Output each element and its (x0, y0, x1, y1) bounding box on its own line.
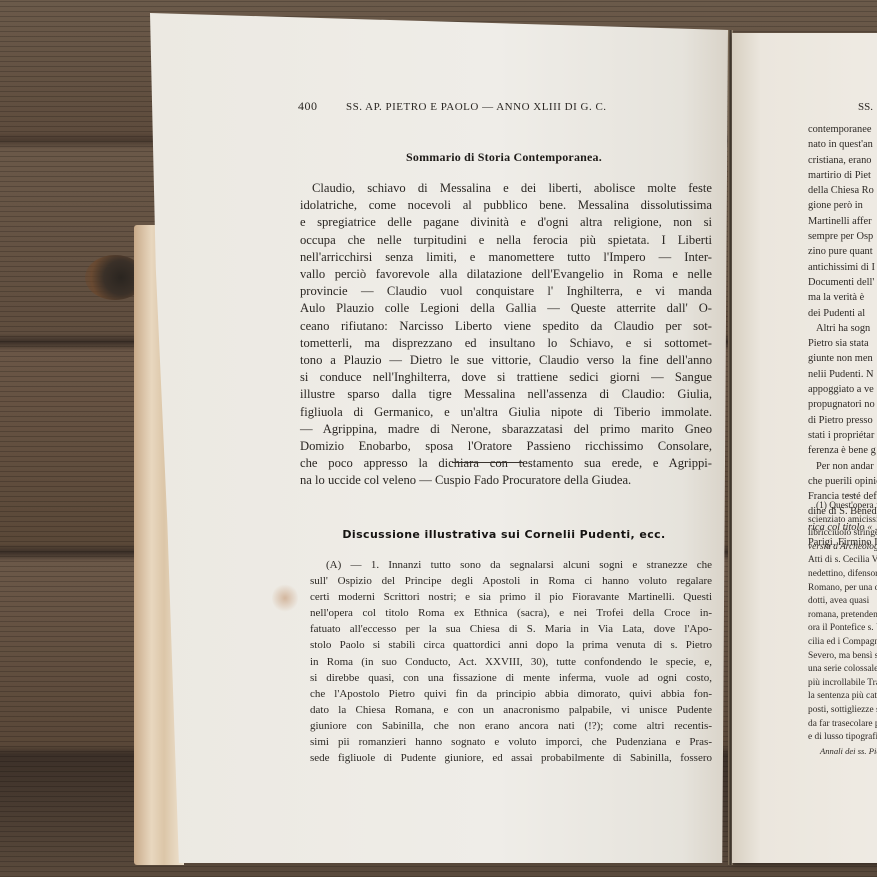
text-line: antichissimi di I (808, 260, 877, 275)
running-head: 400SS. AP. PIETRO E PAOLO — ANNO XLIII D… (298, 99, 718, 114)
footnote-line: posti, sottigliezze stra (808, 704, 877, 718)
page-number: 400 (298, 99, 346, 114)
text-line: zino pure quant (808, 244, 877, 259)
footnote-line: ora il Pontefice s. U (808, 622, 877, 636)
text-line: Domizio Enobarbo, sposa l'Oratore Passie… (300, 438, 712, 455)
footnote-line: e di lusso tipografico (808, 731, 877, 745)
text-line: propugnatori no (808, 397, 877, 412)
text-line: giuniore con Sabinilla, che non erano an… (310, 718, 712, 734)
text-line: Pietro sia stata (808, 336, 877, 351)
text-line: stati i propriétar (808, 428, 877, 443)
right-page-text: contemporanee nato in quest'an cristiana… (808, 122, 877, 550)
footnote-line: Annali dei ss. Pietr (808, 745, 877, 759)
section-title-sommario: Sommario di Storia Contemporanea. (298, 150, 710, 165)
footnote-line: scienziato amicissim (808, 514, 877, 528)
text-line: tometterli, ma disprezzano ed insultano … (300, 335, 712, 352)
footnote-line: libricciuolo stringen (808, 527, 877, 541)
text-line: ma la verità è (808, 290, 877, 305)
text-line: contemporanee (808, 122, 877, 137)
foxing-stain (272, 583, 298, 613)
summary-paragraph: Claudio, schiavo di Messalina e dei libe… (300, 180, 712, 490)
text-line: martirio di Piet (808, 168, 877, 183)
text-line: provincie — Claudio vuol conquistare l' … (300, 283, 712, 300)
text-line: Claudio, schiavo di Messalina e dei libe… (300, 180, 712, 197)
footnote-line: (1) Quest'opera fu (808, 500, 877, 514)
footnote-line: più incrollabile Tradi (808, 677, 877, 691)
text-line: dei Pudenti al (808, 306, 877, 321)
text-line: simi pii romanzieri hanno sognato e volu… (310, 734, 712, 750)
text-line: sede figliuole di Pudente giuniore, ed a… (310, 750, 712, 766)
text-line: giunte non men (808, 351, 877, 366)
text-line: si conduce nell'Inghilterra, dove si tra… (300, 369, 712, 386)
text-line: idolatriche, come nocevoli al pubblico b… (300, 197, 712, 214)
footnote-line: una serie colossale d (808, 663, 877, 677)
text-line: occupa che nelle turpitudini e nella fer… (300, 232, 712, 249)
footnote-line: la sentenza più categ (808, 690, 877, 704)
text-line: figliuola di Germanico, e un'altra Giuli… (300, 404, 712, 421)
footnote-line: dotti, avea quasi (808, 595, 877, 609)
text-line: che puerili opinic (808, 474, 877, 489)
text-line: Per non andar (808, 459, 877, 474)
text-line: Documenti dell' (808, 275, 877, 290)
text-line: sull' Ospizio del Principe degli Apostol… (310, 573, 712, 589)
text-line: (A) — 1. Innanzi tutto sono da segnalars… (310, 557, 712, 573)
text-line: dato la Chiesa Romana, e con un anacroni… (310, 702, 712, 718)
section-title-discussione: Discussione illustrativa sui Cornelii Pu… (298, 528, 710, 541)
text-line: stolo Paolo si stabilì circa quattordici… (310, 637, 712, 653)
section-divider-rule (452, 462, 524, 463)
text-line: in Roma (in suo Conducto, Act. XXVIII, 3… (310, 654, 712, 670)
text-line: Altri ha sogn (808, 321, 877, 336)
text-line: Martinelli affer (808, 214, 877, 229)
footnote-line: nedettino, difensore (808, 568, 877, 582)
right-running-head: SS. (858, 101, 873, 113)
text-line: certi moderni Scrittori nostri; e sia pr… (310, 589, 712, 605)
footnote-line: Severo, ma bensì sot (808, 650, 877, 664)
right-page-footnotes: (1) Quest'opera fu scienziato amicissim … (808, 500, 877, 758)
text-line: Aulo Plauzio colle Legioni della Gallia … (300, 300, 712, 317)
footnote-line: Atti di s. Cecilia V. (808, 554, 877, 568)
text-line: nell'opera col titolo Roma ex Ethnica (s… (310, 605, 712, 621)
discussion-paragraph: (A) — 1. Innanzi tutto sono da segnalars… (310, 557, 712, 766)
footnote-line: cilia ed i Compagni (808, 636, 877, 650)
text-line: che l'Apostolo Pietro quivi fin da princ… (310, 686, 712, 702)
text-line: na lo uccide col veleno — Cuspio Fado Pr… (300, 472, 712, 489)
footnote-line: versia d'Archeologia (808, 541, 877, 555)
text-line: nato in quest'an (808, 137, 877, 152)
text-line: e spregiatrice delle pagane divinità e d… (300, 214, 712, 231)
text-line: fatuato all'eccesso per la sua Chiesa di… (310, 621, 712, 637)
text-line: si direbbe quasi, con una fissazione di … (310, 670, 712, 686)
running-head-title: SS. AP. PIETRO E PAOLO — ANNO XLIII DI G… (346, 101, 607, 113)
text-line: vallo perciò favorevole alla dilatazione… (300, 266, 712, 283)
footnote-line: da far trasecolare pe (808, 718, 877, 732)
text-line: ceano rifiutano: Narcisso Liberto viene … (300, 318, 712, 335)
text-line: sempre per Osp (808, 229, 877, 244)
text-line: della Chiesa Ro (808, 183, 877, 198)
text-line: di Pietro presso (808, 413, 877, 428)
text-line: che poco appresso la dichiara con testam… (300, 455, 712, 472)
text-line: gione però in (808, 198, 877, 213)
text-line: appoggiato a ve (808, 382, 877, 397)
text-line: nell'arricchirsi senza limiti, e manomet… (300, 249, 712, 266)
footnote-line: Romano, per una di (808, 582, 877, 596)
text-line: ferenza è bene g (808, 443, 877, 458)
footnote-line: romana, pretendend (808, 609, 877, 623)
text-line: — Agrippina, madre di Nerone, sbarazzata… (300, 421, 712, 438)
text-line: nelii Pudenti. N (808, 367, 877, 382)
text-line: illustre sparso dalla tigre Messalina ne… (300, 386, 712, 403)
text-line: tono a Plauzio — Dietro le sue vittorie,… (300, 352, 712, 369)
text-line: cristiana, erano (808, 153, 877, 168)
